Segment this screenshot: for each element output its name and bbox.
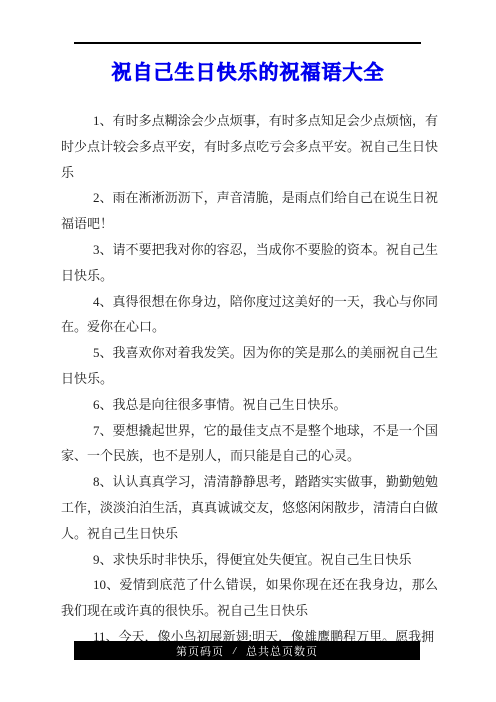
footer-page-field: 第页码页 — [176, 643, 224, 659]
paragraph: 5、我喜欢你对着我发笑。因为你的笑是那么的美丽祝自己生日快乐。 — [61, 340, 438, 392]
paragraph: 4、真得很想在你身边，陪你度过这美好的一天，我心与你同在。爱你在心口。 — [61, 289, 438, 341]
footer-separator: / — [233, 645, 237, 657]
paragraph: 8、认认真真学习，清清静静思考，踏踏实实做事，勤勤勉勉工作，淡淡泊泊生活，真真诚… — [61, 469, 438, 546]
footer-page-number-bar: 第页码页 / 总共总页数页 — [74, 641, 420, 660]
paragraph: 6、我总是向往很多事情。祝自己生日快乐。 — [61, 392, 438, 418]
header-rule — [74, 42, 421, 44]
paragraph: 9、求快乐时非快乐，得便宜处失便宜。祝自己生日快乐 — [61, 547, 438, 573]
document-body: 1、有时多点糊涂会少点烦事，有时多点知足会少点烦恼，有时少点计较会多点平安，有时… — [61, 108, 438, 650]
paragraph: 2、雨在淅淅沥沥下，声音清脆，是雨点们给自己在说生日祝福语吧！ — [61, 185, 438, 237]
paragraph: 10、爱情到底范了什么错误，如果你现在还在我身边，那么我们现在或许真的很快乐。祝… — [61, 572, 438, 624]
paragraph: 1、有时多点糊涂会少点烦事，有时多点知足会少点烦恼，有时少点计较会多点平安，有时… — [61, 108, 438, 185]
document-page: 祝自己生日快乐的祝福语大全 1、有时多点糊涂会少点烦事，有时多点知足会少点烦恼，… — [0, 0, 496, 702]
paragraph: 7、要想撬起世界，它的最佳支点不是整个地球，不是一个国家、一个民族，也不是别人，… — [61, 418, 438, 470]
paragraph: 3、请不要把我对你的容忍，当成你不要脸的资本。祝自己生日快乐。 — [61, 237, 438, 289]
document-title: 祝自己生日快乐的祝福语大全 — [0, 56, 496, 85]
footer-total-pages-field: 总共总页数页 — [246, 643, 318, 659]
